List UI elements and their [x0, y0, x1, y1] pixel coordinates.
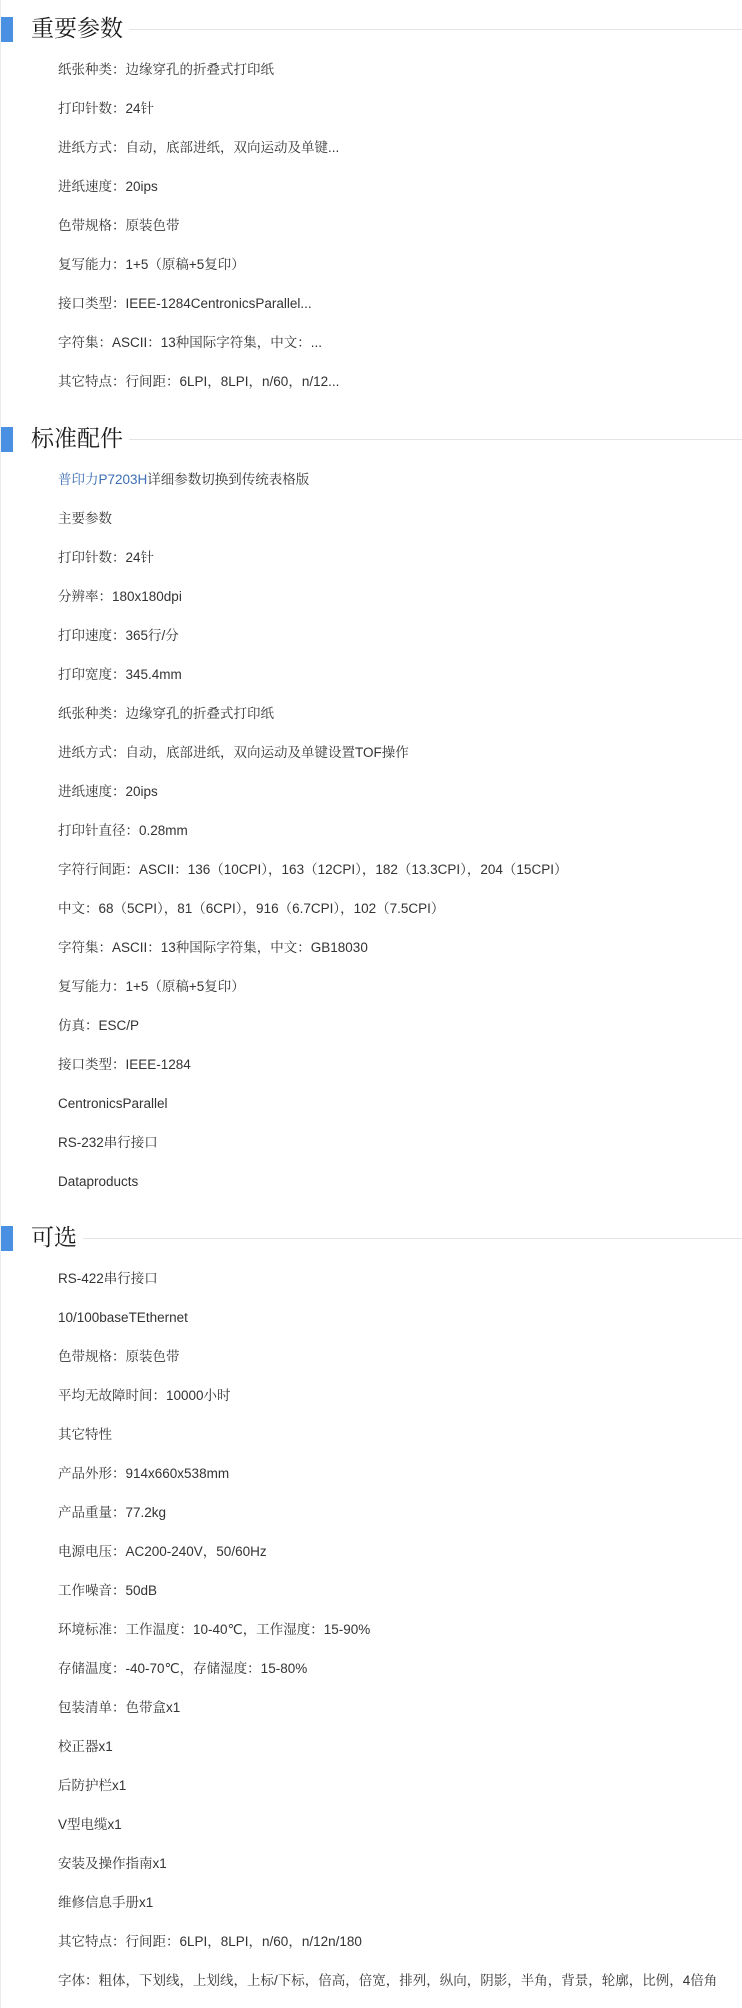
list-item: 进纸方式：自动，底部进纸，双向运动及单键... — [1, 128, 742, 167]
list-item: 中文：68（5CPI），81（6CPI），916（6.7CPI），102（7.5… — [1, 889, 742, 928]
section-optional: 可选 RS-422串行接口 10/100baseTEthernet 色带规格：原… — [1, 1219, 742, 2000]
list-item: 产品重量：77.2kg — [1, 1493, 742, 1532]
list-item: 纸张种类：边缘穿孔的折叠式打印纸 — [1, 694, 742, 733]
list-item: 平均无故障时间：10000小时 — [1, 1376, 742, 1415]
list-item: 打印宽度：345.4mm — [1, 655, 742, 694]
list-item: RS-422串行接口 — [1, 1259, 742, 1298]
section-standard-accessories: 标准配件 普印力P7203H详细参数切换到传统表格版 主要参数 打印针数：24针… — [1, 420, 742, 1201]
section-header: 标准配件 — [1, 420, 742, 456]
accent-bar — [1, 427, 13, 452]
list-item: 字体：粗体，下划线，上划线，上标/下标，倍高，倍宽，排列，纵向，阴影，半角，背景… — [1, 1961, 742, 2000]
list-item: 其它特点：行间距：6LPI，8LPI，n/60，n/12... — [1, 362, 742, 401]
list-item: 分辨率：180x180dpi — [1, 577, 742, 616]
list-item: 打印针数：24针 — [1, 538, 742, 577]
list-item: 仿真：ESC/P — [1, 1006, 742, 1045]
list-item: 主要参数 — [1, 499, 742, 538]
list-item: 校正器x1 — [1, 1727, 742, 1766]
product-link[interactable]: 普印力P7203H — [58, 472, 147, 487]
list-item: 进纸方式：自动，底部进纸，双向运动及单键设置TOF操作 — [1, 733, 742, 772]
list-item: Dataproducts — [1, 1162, 742, 1201]
section-title: 标准配件 — [31, 420, 129, 456]
list-item: 字符行间距：ASCII：136（10CPI），163（12CPI），182（13… — [1, 850, 742, 889]
list-item: 接口类型：IEEE-1284CentronicsParallel... — [1, 284, 742, 323]
param-list: 纸张种类：边缘穿孔的折叠式打印纸 打印针数：24针 进纸方式：自动，底部进纸，双… — [1, 50, 742, 401]
list-item: 色带规格：原装色带 — [1, 1337, 742, 1376]
switch-table-row: 普印力P7203H详细参数切换到传统表格版 — [1, 460, 742, 499]
accent-bar — [1, 17, 13, 42]
list-item: 其它特点：行间距：6LPI，8LPI，n/60，n/12n/180 — [1, 1922, 742, 1961]
list-item: 纸张种类：边缘穿孔的折叠式打印纸 — [1, 50, 742, 89]
list-item: 打印针数：24针 — [1, 89, 742, 128]
list-item: 复写能力：1+5（原稿+5复印） — [1, 245, 742, 284]
list-item: 后防护栏x1 — [1, 1766, 742, 1805]
accent-bar — [1, 1226, 13, 1251]
param-list: RS-422串行接口 10/100baseTEthernet 色带规格：原装色带… — [1, 1259, 742, 2000]
list-item: 进纸速度：20ips — [1, 167, 742, 206]
list-item: 打印速度：365行/分 — [1, 616, 742, 655]
list-item: 进纸速度：20ips — [1, 772, 742, 811]
list-item: 10/100baseTEthernet — [1, 1298, 742, 1337]
list-item: 维修信息手册x1 — [1, 1883, 742, 1922]
section-header: 可选 — [1, 1219, 742, 1255]
switch-table-text: 详细参数切换到传统表格版 — [147, 472, 309, 487]
section-title: 可选 — [31, 1219, 83, 1255]
section-key-params: 重要参数 纸张种类：边缘穿孔的折叠式打印纸 打印针数：24针 进纸方式：自动，底… — [1, 10, 742, 401]
list-item: 环境标准：工作温度：10-40℃，工作湿度：15-90% — [1, 1610, 742, 1649]
list-item: 安装及操作指南x1 — [1, 1844, 742, 1883]
list-item: 字符集：ASCII：13种国际字符集，中文：... — [1, 323, 742, 362]
list-item: 产品外形：914x660x538mm — [1, 1454, 742, 1493]
list-item: 存储温度：-40-70℃，存储湿度：15-80% — [1, 1649, 742, 1688]
divider-line — [31, 439, 742, 440]
section-title: 重要参数 — [31, 10, 129, 46]
divider-line — [31, 1238, 742, 1239]
list-item: 工作噪音：50dB — [1, 1571, 742, 1610]
list-item: RS-232串行接口 — [1, 1123, 742, 1162]
list-item: 包装清单：色带盒x1 — [1, 1688, 742, 1727]
list-item: V型电缆x1 — [1, 1805, 742, 1844]
divider-line — [31, 29, 742, 30]
list-item: CentronicsParallel — [1, 1084, 742, 1123]
list-item: 其它特性 — [1, 1415, 742, 1454]
list-item: 接口类型：IEEE-1284 — [1, 1045, 742, 1084]
list-item: 字符集：ASCII：13种国际字符集，中文：GB18030 — [1, 928, 742, 967]
list-item: 复写能力：1+5（原稿+5复印） — [1, 967, 742, 1006]
list-item: 电源电压：AC200-240V，50/60Hz — [1, 1532, 742, 1571]
list-item: 打印针直径：0.28mm — [1, 811, 742, 850]
param-list: 普印力P7203H详细参数切换到传统表格版 主要参数 打印针数：24针 分辨率：… — [1, 460, 742, 1201]
list-item: 色带规格：原装色带 — [1, 206, 742, 245]
section-header: 重要参数 — [1, 10, 742, 46]
